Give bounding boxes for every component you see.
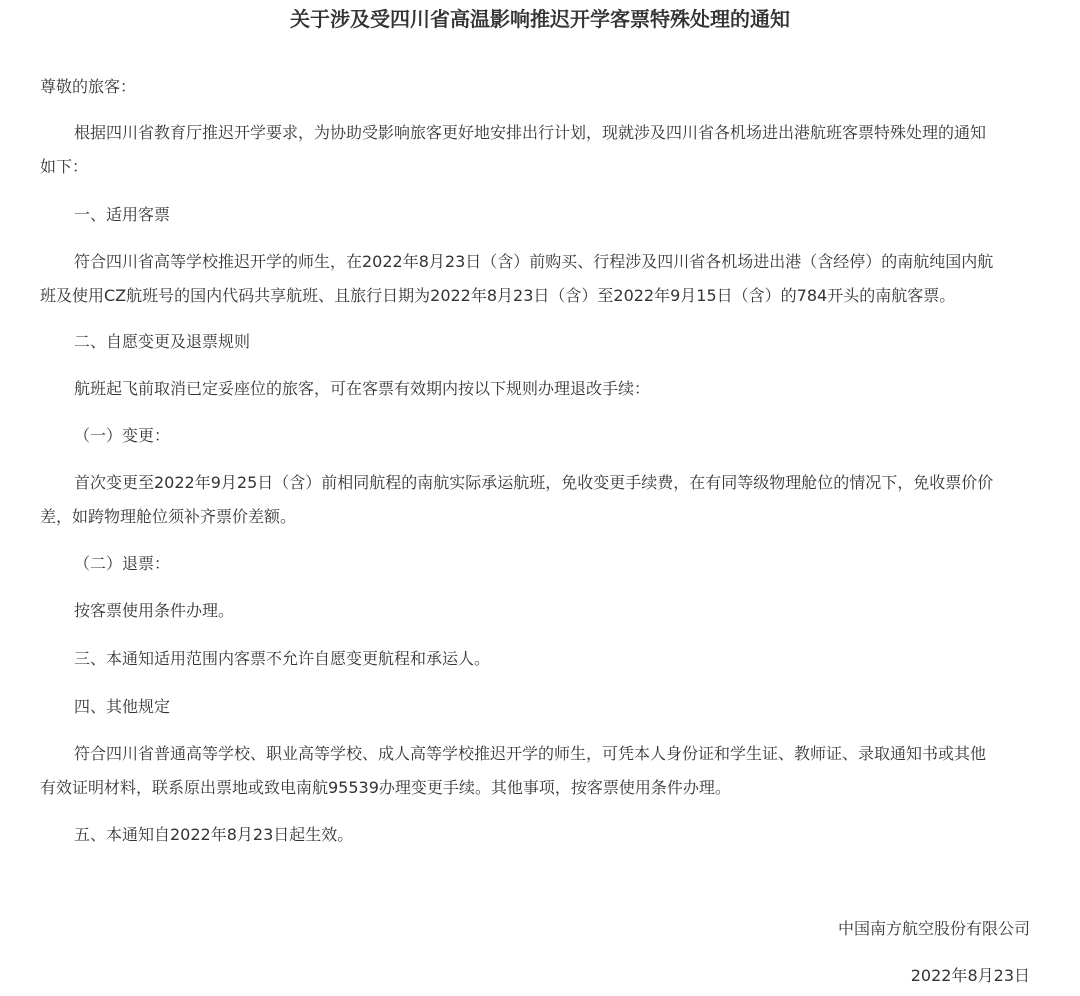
salutation: 尊敬的旅客：	[40, 75, 136, 99]
issue-date: 2022年8月23日	[911, 964, 1030, 988]
section-4-line-1: 符合四川省普通高等学校、职业高等学校、成人高等学校推迟开学的师生，可凭本人身份证…	[74, 742, 986, 766]
section-4-heading: 四、其他规定	[74, 695, 170, 719]
section-2-sub-1-line-1: 首次变更至2022年9月25日（含）前相同航程的南航实际承运航班，免收变更手续费…	[74, 471, 993, 495]
section-1-heading: 一、适用客票	[74, 203, 170, 227]
notice-document: 关于涉及受四川省高温影响推迟开学客票特殊处理的通知 尊敬的旅客： 根据四川省教育…	[0, 0, 1080, 996]
intro-line-2: 如下：	[40, 155, 88, 179]
section-1-line-2: 班及使用CZ航班号的国内代码共享航班、且旅行日期为2022年8月23日（含）至2…	[40, 284, 955, 308]
section-4-line-2: 有效证明材料，联系原出票地或致电南航95539办理变更手续。其他事项，按客票使用…	[40, 776, 731, 800]
intro-line-1: 根据四川省教育厅推迟开学要求，为协助受影响旅客更好地安排出行计划，现就涉及四川省…	[74, 121, 986, 145]
section-2-sub-1-line-2: 差，如跨物理舱位须补齐票价差额。	[40, 505, 296, 529]
section-2-heading: 二、自愿变更及退票规则	[74, 330, 250, 354]
section-3-heading: 三、本通知适用范围内客票不允许自愿变更航程和承运人。	[74, 647, 490, 671]
section-2-sub-1-heading: （一）变更：	[74, 424, 170, 448]
section-2-intro: 航班起飞前取消已定妥座位的旅客，可在客票有效期内按以下规则办理退改手续：	[74, 377, 650, 401]
section-2-sub-2-heading: （二）退票：	[74, 552, 170, 576]
section-2-sub-2-body: 按客票使用条件办理。	[74, 599, 234, 623]
issuer-signature: 中国南方航空股份有限公司	[838, 917, 1030, 941]
section-1-line-1: 符合四川省高等学校推迟开学的师生，在2022年8月23日（含）前购买、行程涉及四…	[74, 250, 993, 274]
page-title: 关于涉及受四川省高温影响推迟开学客票特殊处理的通知	[0, 4, 1080, 34]
section-5-heading: 五、本通知自2022年8月23日起生效。	[74, 823, 353, 847]
